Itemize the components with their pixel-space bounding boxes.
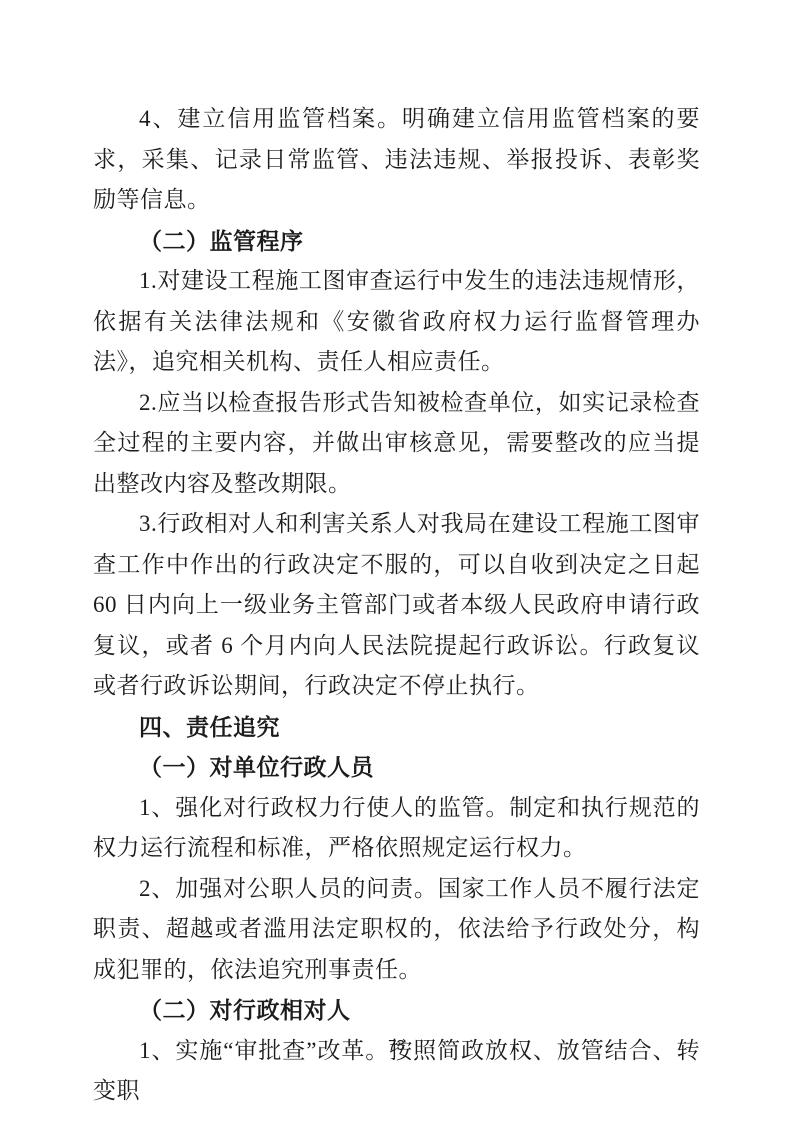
paragraph: 1、强化对行政权力行使人的监管。制定和执行规范的权力运行流程和标准，严格依照规定… [93,788,700,869]
paragraph: 2、加强对公职人员的问责。国家工作人员不履行法定职责、超越或者滥用法定职权的，依… [93,869,700,991]
paragraph: 4、建立信用监管档案。明确建立信用监管档案的要求，采集、记录日常监管、违法违规、… [93,99,700,221]
paragraph: 2.应当以检查报告形式告知被检查单位，如实记录检查全过程的主要内容，并做出审核意… [93,383,700,505]
page-footer: 73 [0,1037,793,1055]
section-heading: （一）对单位行政人员 [93,747,700,788]
paragraph: 1.对建设工程施工图审查运行中发生的违法违规情形，依据有关法律法规和《安徽省政府… [93,261,700,383]
document-body: 4、建立信用监管档案。明确建立信用监管档案的要求，采集、记录日常监管、违法违规、… [93,99,700,1112]
section-heading: 四、责任追究 [93,707,700,748]
document-page: 4、建立信用监管档案。明确建立信用监管档案的要求，采集、记录日常监管、违法违规、… [0,0,793,1122]
section-heading: （二）监管程序 [93,221,700,262]
section-heading: （二）对行政相对人 [93,990,700,1031]
paragraph: 3.行政相对人和利害关系人对我局在建设工程施工图审查工作中作出的行政决定不服的，… [93,504,700,707]
page-number: 73 [388,1037,405,1054]
